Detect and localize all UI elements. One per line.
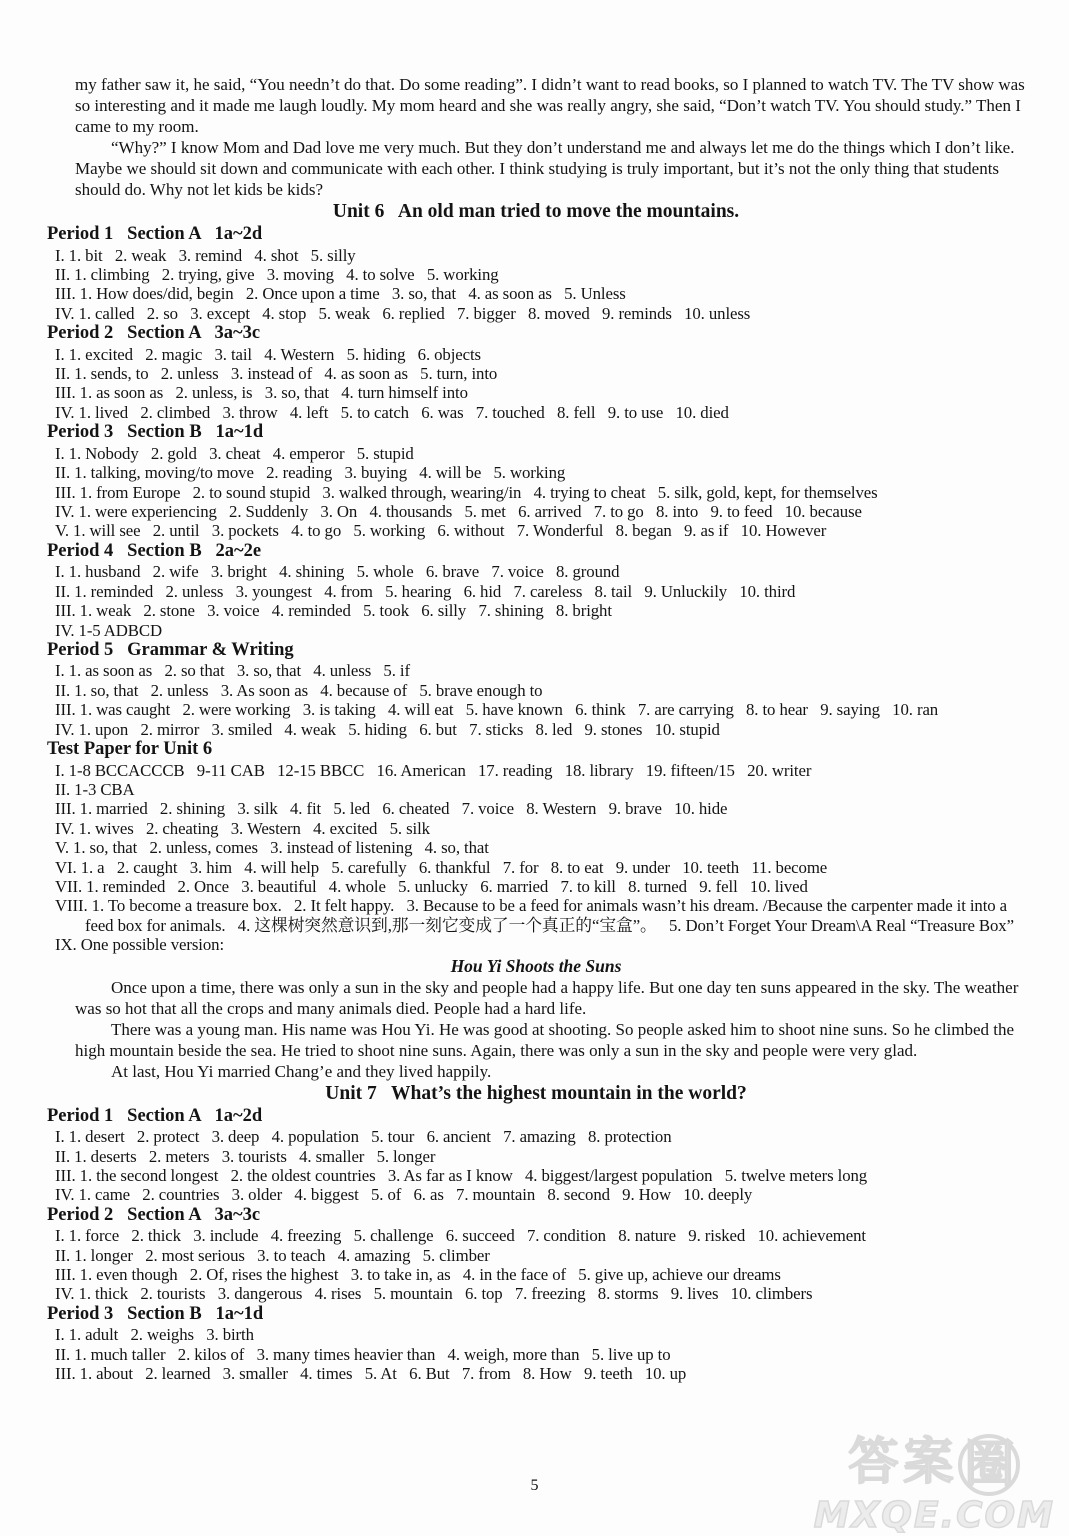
section-heading: Period 5 Grammar & Writing: [47, 640, 1025, 662]
answer-line: II. 1. sends, to 2. unless 3. instead of…: [55, 364, 1025, 383]
section-heading: Period 2 Section A 3a~3c: [47, 1205, 1025, 1227]
intro-paragraph: “Why?” I know Mom and Dad love me very m…: [75, 137, 1025, 200]
answer-line: III. 1. the second longest 2. the oldest…: [55, 1166, 1025, 1185]
unit6-period1-section: Period 1 Section A 1a~2d I. 1. bit 2. we…: [47, 224, 1025, 323]
answer-line: I. 1-8 BCCACCCB 9-11 CAB 12-15 BBCC 16. …: [55, 761, 1025, 780]
answer-line: IV. 1. wives 2. cheating 3. Western 4. e…: [55, 819, 1025, 838]
answer-line: III. 1. was caught 2. were working 3. is…: [55, 700, 1025, 719]
watermark: 答案圈 MXQE.COM: [814, 1434, 1055, 1536]
answer-line: III. 1. as soon as 2. unless, is 3. so, …: [55, 383, 1025, 402]
answer-line: IX. One possible version:: [55, 935, 1025, 954]
section-heading: Period 2 Section A 3a~3c: [47, 323, 1025, 345]
writing-sample: Hou Yi Shoots the Suns Once upon a time,…: [47, 955, 1025, 1082]
unit7-title: Unit 7 What’s the highest mountain in th…: [47, 1082, 1025, 1106]
answer-line: II. 1. reminded 2. unless 3. youngest 4.…: [55, 582, 1025, 601]
answer-line: I. 1. force 2. thick 3. include 4. freez…: [55, 1226, 1025, 1245]
answer-line: V. 1. will see 2. until 3. pockets 4. to…: [55, 521, 1025, 540]
unit7-period1-section: Period 1 Section A 1a~2d I. 1. desert 2.…: [47, 1106, 1025, 1205]
answer-line: VIII. 1. To become a treasure box. 2. It…: [55, 896, 1025, 935]
answer-line: I. 1. adult 2. weighs 3. birth: [55, 1325, 1025, 1344]
unit7-period3-section: Period 3 Section B 1a~1d I. 1. adult 2. …: [47, 1304, 1025, 1384]
writing-sample-title: Hou Yi Shoots the Suns: [47, 955, 1025, 977]
unit7-period2-section: Period 2 Section A 3a~3c I. 1. force 2. …: [47, 1205, 1025, 1304]
answer-line: I. 1. bit 2. weak 3. remind 4. shot 5. s…: [55, 246, 1025, 265]
answer-line: II. 1. climbing 2. trying, give 3. movin…: [55, 265, 1025, 284]
answer-line: IV. 1. came 2. countries 3. older 4. big…: [55, 1185, 1025, 1204]
answer-line: VI. 1. a 2. caught 3. him 4. will help 5…: [55, 858, 1025, 877]
unit6-period5-section: Period 5 Grammar & Writing I. 1. as soon…: [47, 640, 1025, 739]
section-heading: Period 1 Section A 1a~2d: [47, 224, 1025, 246]
answer-line: V. 1. so, that 2. unless, comes 3. inste…: [55, 838, 1025, 857]
section-heading: Test Paper for Unit 6: [47, 739, 1025, 761]
answer-line: I. 1. Nobody 2. gold 3. cheat 4. emperor…: [55, 444, 1025, 463]
answer-line: III. 1. about 2. learned 3. smaller 4. t…: [55, 1364, 1025, 1383]
answer-line: II. 1-3 CBA: [55, 780, 1025, 799]
answer-line: IV. 1. upon 2. mirror 3. smiled 4. weak …: [55, 720, 1025, 739]
answer-line: IV. 1. were experiencing 2. Suddenly 3. …: [55, 502, 1025, 521]
answer-line: III. 1. from Europe 2. to sound stupid 3…: [55, 483, 1025, 502]
answer-line: IV. 1. called 2. so 3. except 4. stop 5.…: [55, 304, 1025, 323]
watermark-cn-main: 答案: [848, 1433, 958, 1491]
watermark-logo-text: 答案圈: [814, 1434, 1055, 1496]
answer-line: VII. 1. reminded 2. Once 3. beautiful 4.…: [55, 877, 1025, 896]
watermark-cn-circled: 圈: [958, 1434, 1020, 1496]
intro-paragraph: my father saw it, he said, “You needn’t …: [75, 74, 1025, 137]
unit6-test-paper-section: Test Paper for Unit 6 I. 1-8 BCCACCCB 9-…: [47, 739, 1025, 955]
answer-line: II. 1. much taller 2. kilos of 3. many t…: [55, 1345, 1025, 1364]
answer-line: IV. 1-5 ADBCD: [55, 621, 1025, 640]
answer-line: III. 1. married 2. shining 3. silk 4. fi…: [55, 799, 1025, 818]
answer-line: II. 1. talking, moving/to move 2. readin…: [55, 463, 1025, 482]
section-heading: Period 3 Section B 1a~1d: [47, 422, 1025, 444]
writing-sample-paragraph: There was a young man. His name was Hou …: [75, 1019, 1025, 1061]
answer-line: I. 1. husband 2. wife 3. bright 4. shini…: [55, 562, 1025, 581]
answer-line: II. 1. so, that 2. unless 3. As soon as …: [55, 681, 1025, 700]
answer-line: II. 1. deserts 2. meters 3. tourists 4. …: [55, 1147, 1025, 1166]
answer-line: IV. 1. lived 2. climbed 3. throw 4. left…: [55, 403, 1025, 422]
unit6-period3-section: Period 3 Section B 1a~1d I. 1. Nobody 2.…: [47, 422, 1025, 541]
section-heading: Period 1 Section A 1a~2d: [47, 1106, 1025, 1128]
unit6-period4-section: Period 4 Section B 2a~2e I. 1. husband 2…: [47, 541, 1025, 640]
writing-sample-paragraph: At last, Hou Yi married Chang’e and they…: [75, 1061, 1025, 1082]
answer-line: III. 1. weak 2. stone 3. voice 4. remind…: [55, 601, 1025, 620]
answer-line: II. 1. longer 2. most serious 3. to teac…: [55, 1246, 1025, 1265]
unit6-period2-section: Period 2 Section A 3a~3c I. 1. excited 2…: [47, 323, 1025, 422]
answer-line: III. 1. How does/did, begin 2. Once upon…: [55, 284, 1025, 303]
writing-sample-paragraph: Once upon a time, there was only a sun i…: [75, 977, 1025, 1019]
answer-key-page: my father saw it, he said, “You needn’t …: [47, 74, 1025, 1384]
answer-line: I. 1. excited 2. magic 3. tail 4. Wester…: [55, 345, 1025, 364]
unit6-title: Unit 6 An old man tried to move the moun…: [47, 200, 1025, 224]
watermark-site-url: MXQE.COM: [814, 1496, 1055, 1536]
answer-line: IV. 1. thick 2. tourists 3. dangerous 4.…: [55, 1284, 1025, 1303]
answer-line: I. 1. desert 2. protect 3. deep 4. popul…: [55, 1127, 1025, 1146]
section-heading: Period 4 Section B 2a~2e: [47, 541, 1025, 563]
answer-line: I. 1. as soon as 2. so that 3. so, that …: [55, 661, 1025, 680]
section-heading: Period 3 Section B 1a~1d: [47, 1304, 1025, 1326]
answer-line: III. 1. even though 2. Of, rises the hig…: [55, 1265, 1025, 1284]
